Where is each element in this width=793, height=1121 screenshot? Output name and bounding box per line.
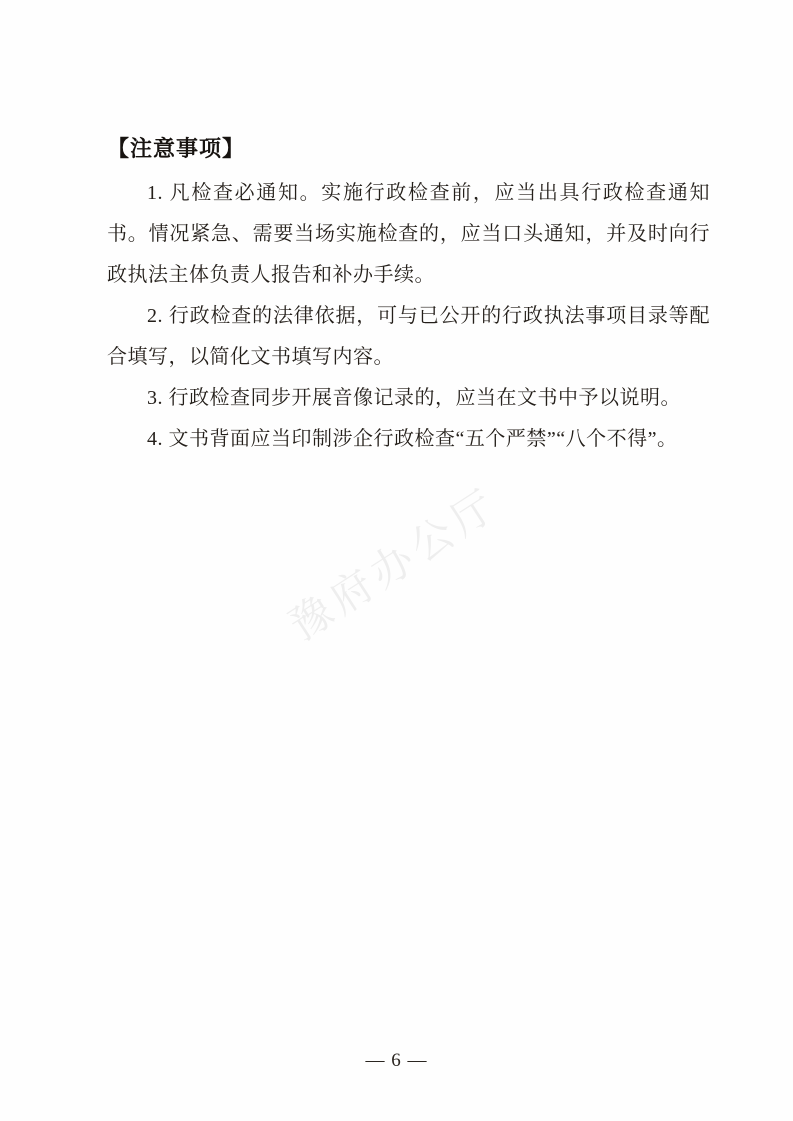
- paragraph-item-3: 3. 行政检查同步开展音像记录的，应当在文书中予以说明。: [107, 378, 710, 419]
- paragraph-item-4: 4. 文书背面应当印制涉企行政检查“五个严禁”“八个不得”。: [107, 419, 710, 460]
- section-heading: 【注意事项】: [107, 136, 710, 162]
- document-page: 豫府办公厅 【注意事项】 1. 凡检查必通知。实施行政检查前，应当出具行政检查通…: [0, 0, 793, 1121]
- page-number: — 6 —: [0, 1050, 793, 1072]
- diagonal-watermark: 豫府办公厅: [263, 463, 522, 660]
- paragraph-item-2: 2. 行政检查的法律依据，可与已公开的行政执法事项目录等配合填写，以简化文书填写…: [107, 296, 710, 378]
- document-body: 【注意事项】 1. 凡检查必通知。实施行政检查前，应当出具行政检查通知书。情况紧…: [107, 136, 710, 460]
- paragraph-item-1: 1. 凡检查必通知。实施行政检查前，应当出具行政检查通知书。情况紧急、需要当场实…: [107, 173, 710, 296]
